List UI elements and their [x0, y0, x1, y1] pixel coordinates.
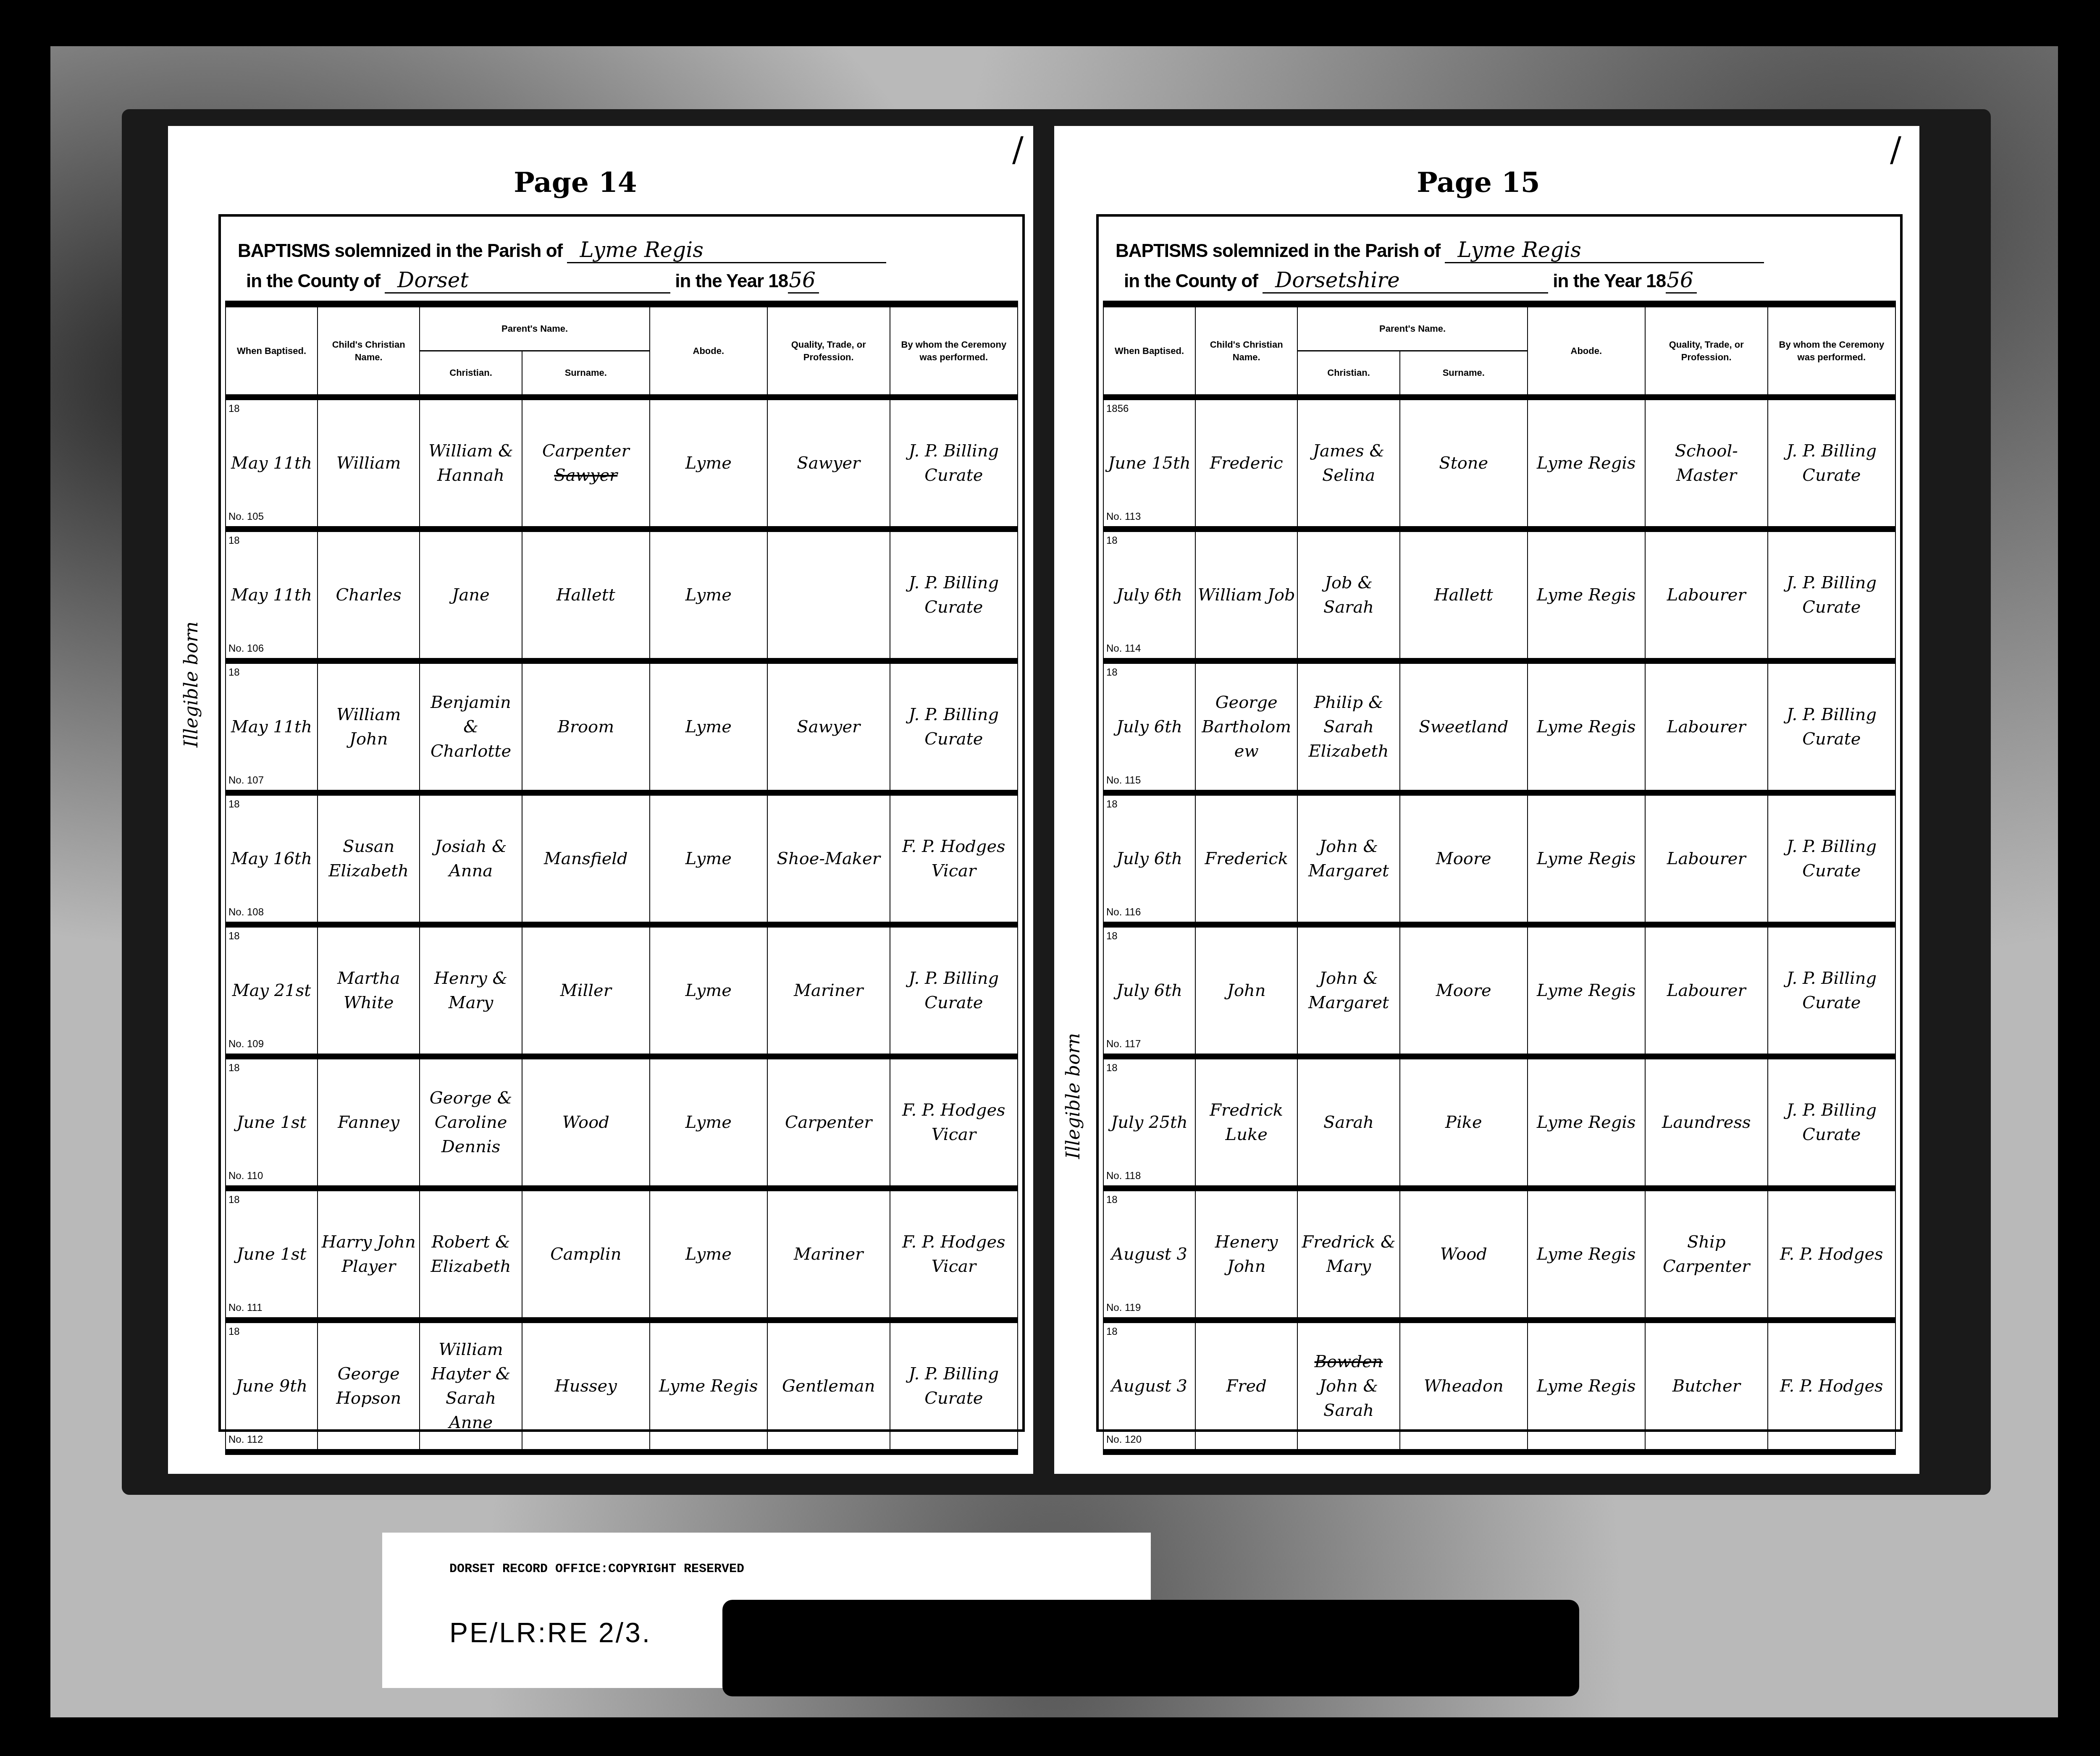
- parents-surname: Moore: [1400, 793, 1528, 925]
- entry-year: 18: [1106, 1061, 1118, 1076]
- parents-christian: William Hayter & Sarah Anne: [420, 1320, 522, 1452]
- entry-number: No. 107: [228, 773, 264, 788]
- entry-year: 18: [1106, 1325, 1118, 1339]
- parents-surname: Pike: [1400, 1056, 1528, 1188]
- trade: Sawyer: [767, 397, 890, 529]
- baptism-date: June 15th: [1108, 453, 1191, 473]
- trade: Laundress: [1645, 1056, 1768, 1188]
- baptism-date: June 1st: [237, 1245, 307, 1264]
- abode: Lyme Regis: [1528, 925, 1645, 1056]
- header-when-baptised: When Baptised.: [226, 304, 318, 397]
- baptism-date: May 11th: [231, 585, 312, 605]
- header-when-baptised: When Baptised.: [1103, 304, 1195, 397]
- trade: Labourer: [1645, 793, 1768, 925]
- parents-surname: Broom: [522, 661, 650, 793]
- trade: Labourer: [1645, 529, 1768, 661]
- parents-surname: Carpenter: [524, 439, 648, 463]
- parents-surname: Wood: [522, 1056, 650, 1188]
- parents-christian: Henry & Mary: [420, 925, 522, 1056]
- trade: Shoe-Maker: [767, 793, 890, 925]
- parish-name: Lyme Regis: [567, 238, 886, 263]
- table-row: 18May 11thNo. 107 William John Benjamin …: [226, 661, 1018, 793]
- parents-surname: Mansfield: [522, 793, 650, 925]
- entry-number: No. 105: [228, 510, 264, 524]
- abode: Lyme: [650, 529, 767, 661]
- entry-number: No. 120: [1106, 1433, 1142, 1447]
- officiant: J. P. Billing Curate: [1768, 925, 1895, 1056]
- baptism-date: July 25th: [1111, 1113, 1188, 1132]
- header-parents-surname: Surname.: [1400, 351, 1528, 398]
- child-name: William: [318, 397, 420, 529]
- table-row: 18June 1stNo. 111 Harry John Player Robe…: [226, 1188, 1018, 1320]
- parents-christian-cell: BowdenJohn & Sarah: [1297, 1320, 1399, 1452]
- parish-name: Lyme Regis: [1445, 238, 1764, 263]
- entry-number: No. 113: [1106, 510, 1141, 524]
- redaction-bar: [722, 1600, 1579, 1696]
- child-name: Fanney: [318, 1056, 420, 1188]
- trade: Carpenter: [767, 1056, 890, 1188]
- officiant: F. P. Hodges Vicar: [890, 1056, 1018, 1188]
- baptism-date: May 21st: [232, 981, 311, 1000]
- trade: Gentleman: [767, 1320, 890, 1452]
- county-prefix: in the County of: [1124, 271, 1258, 291]
- header-parents-surname: Surname.: [522, 351, 650, 398]
- child-name: Henery John: [1195, 1188, 1297, 1320]
- child-name: Charles: [318, 529, 420, 661]
- trade: Labourer: [1645, 925, 1768, 1056]
- officiant: F. P. Hodges Vicar: [890, 793, 1018, 925]
- child-name: Harry John Player: [318, 1188, 420, 1320]
- parents-christian: Robert & Elizabeth: [420, 1188, 522, 1320]
- abode: Lyme Regis: [1528, 661, 1645, 793]
- parents-surname-cell: CarpenterSawyer: [522, 397, 650, 529]
- entry-number: No. 116: [1106, 905, 1141, 920]
- entry-year: 18: [228, 534, 240, 548]
- officiant: J. P. Billing Curate: [890, 661, 1018, 793]
- table-row: 18May 16thNo. 108 Susan Elizabeth Josiah…: [226, 793, 1018, 925]
- page-heading: Page 15: [1046, 166, 1911, 199]
- entry-year: 18: [228, 1193, 240, 1208]
- parents-christian: Philip & Sarah Elizabeth: [1297, 661, 1399, 793]
- child-name: George Bartholomew: [1195, 661, 1297, 793]
- child-name: Frederic: [1195, 397, 1297, 529]
- table-row: 18July 6thNo. 115 George Bartholomew Phi…: [1103, 661, 1895, 793]
- parents-surname: Wood: [1400, 1188, 1528, 1320]
- child-name: William John: [318, 661, 420, 793]
- entry-year: 18: [228, 929, 240, 944]
- header-trade: Quality, Trade, or Profession.: [767, 304, 890, 397]
- entry-number: No. 117: [1106, 1037, 1141, 1052]
- baptism-date: July 6th: [1116, 717, 1182, 736]
- parents-surname: Camplin: [522, 1188, 650, 1320]
- abode: Lyme Regis: [1528, 1320, 1645, 1452]
- header-by-whom: By whom the Ceremony was performed.: [890, 304, 1018, 397]
- entry-year: 18: [1106, 797, 1118, 812]
- baptism-date: July 6th: [1116, 585, 1182, 605]
- entry-year: 18: [228, 402, 240, 417]
- child-name: Martha White: [318, 925, 420, 1056]
- table-row: 18May 21stNo. 109 Martha White Henry & M…: [226, 925, 1018, 1056]
- child-name: Susan Elizabeth: [318, 793, 420, 925]
- parents-surname: Sweetland: [1400, 661, 1528, 793]
- right-page: Page 15 / Illegible born BAPTISMS solemn…: [1054, 126, 1919, 1474]
- trade: Sawyer: [767, 661, 890, 793]
- trade: [767, 529, 890, 661]
- abode: Lyme Regis: [1528, 793, 1645, 925]
- officiant: J. P. Billing Curate: [1768, 661, 1895, 793]
- entry-number: No. 112: [228, 1433, 263, 1447]
- abode: Lyme: [650, 1056, 767, 1188]
- parents-christian: John & Sarah: [1299, 1374, 1397, 1423]
- parents-surname: Stone: [1400, 397, 1528, 529]
- baptism-date: May 16th: [231, 849, 312, 868]
- page-heading: Page 14: [143, 166, 1008, 199]
- baptism-register: BAPTISMS solemnized in the Parish of Lym…: [1096, 214, 1903, 1432]
- entry-year: 18: [1106, 534, 1118, 548]
- header-child-name: Child's Christian Name.: [1195, 304, 1297, 397]
- entry-number: No. 110: [228, 1169, 263, 1184]
- officiant: F. P. Hodges Vicar: [890, 1188, 1018, 1320]
- margin-note: Illegible born: [1063, 1033, 1084, 1159]
- officiant: J. P. Billing Curate: [1768, 1056, 1895, 1188]
- baptism-date: August 3: [1111, 1376, 1187, 1396]
- baptism-date: July 6th: [1116, 981, 1182, 1000]
- table-row: 18July 25thNo. 118 Fredrick Luke Sarah P…: [1103, 1056, 1895, 1188]
- officiant: J. P. Billing Curate: [890, 397, 1018, 529]
- abode: Lyme Regis: [1528, 397, 1645, 529]
- parents-christian: George & Caroline Dennis: [420, 1056, 522, 1188]
- header-trade: Quality, Trade, or Profession.: [1645, 304, 1768, 397]
- entry-year: 18: [228, 666, 240, 680]
- county-name: Dorset: [385, 268, 670, 294]
- trade: Butcher: [1645, 1320, 1768, 1452]
- baptism-date: July 6th: [1116, 849, 1182, 868]
- table-row: 18August 3No. 119 Henery John Fredrick &…: [1103, 1188, 1895, 1320]
- child-name: Fredrick Luke: [1195, 1056, 1297, 1188]
- parents-surname: Hussey: [522, 1320, 650, 1452]
- header-by-whom: By whom the Ceremony was performed.: [1768, 304, 1895, 397]
- table-row: 18June 1stNo. 110 Fanney George & Caroli…: [226, 1056, 1018, 1188]
- table-row: 18August 3No. 120 Fred BowdenJohn & Sara…: [1103, 1320, 1895, 1452]
- parents-surname: Wheadon: [1400, 1320, 1528, 1452]
- baptism-date: August 3: [1111, 1245, 1187, 1264]
- parents-christian: Benjamin & Charlotte: [420, 661, 522, 793]
- entry-number: No. 109: [228, 1037, 264, 1052]
- abode: Lyme Regis: [1528, 1188, 1645, 1320]
- year-suffix: 56: [1666, 268, 1697, 294]
- entry-number: No. 119: [1106, 1301, 1141, 1316]
- abode: Lyme: [650, 1188, 767, 1320]
- copyright-notice: DORSET RECORD OFFICE:COPYRIGHT RESERVED: [449, 1562, 744, 1576]
- header-parents-christian: Christian.: [420, 351, 522, 398]
- child-name: William Job: [1195, 529, 1297, 661]
- parents-christian: William & Hannah: [420, 397, 522, 529]
- entry-number: No. 118: [1106, 1169, 1141, 1184]
- officiant: F. P. Hodges: [1768, 1188, 1895, 1320]
- parents-surname: Hallett: [522, 529, 650, 661]
- parents-christian: John & Margaret: [1297, 793, 1399, 925]
- header-child-name: Child's Christian Name.: [318, 304, 420, 397]
- officiant: F. P. Hodges: [1768, 1320, 1895, 1452]
- header-abode: Abode.: [650, 304, 767, 397]
- entry-number: No. 106: [228, 642, 264, 656]
- county-prefix: in the County of: [246, 271, 380, 291]
- parents-christian: Jane: [420, 529, 522, 661]
- table-row: 18June 9thNo. 112 George Hopson William …: [226, 1320, 1018, 1452]
- abode: Lyme: [650, 793, 767, 925]
- parents-surname: Hallett: [1400, 529, 1528, 661]
- child-name: Frederick: [1195, 793, 1297, 925]
- entry-year: 18: [228, 797, 240, 812]
- entry-number: No. 115: [1106, 773, 1141, 788]
- trade: School-Master: [1645, 397, 1768, 529]
- struck-surname: Sawyer: [524, 463, 648, 487]
- trade: Labourer: [1645, 661, 1768, 793]
- parents-christian: James & Selina: [1297, 397, 1399, 529]
- baptism-date: June 1st: [237, 1113, 307, 1132]
- parents-christian: John & Margaret: [1297, 925, 1399, 1056]
- table-row: 18July 6thNo. 116 Frederick John & Marga…: [1103, 793, 1895, 925]
- archive-reference: PE/LR:RE 2/3.: [449, 1617, 651, 1649]
- register-title: BAPTISMS solemnized in the Parish of Lym…: [238, 233, 1014, 301]
- header-abode: Abode.: [1528, 304, 1645, 397]
- parents-surname: Miller: [522, 925, 650, 1056]
- entry-number: No. 111: [228, 1301, 262, 1316]
- title-prefix: BAPTISMS solemnized in the Parish of: [1116, 241, 1440, 261]
- baptism-register: BAPTISMS solemnized in the Parish of Lym…: [218, 214, 1025, 1432]
- register-table: When Baptised. Child's Christian Name. P…: [1103, 301, 1896, 1455]
- officiant: J. P. Billing Curate: [890, 925, 1018, 1056]
- table-row: 18July 6thNo. 114 William Job Job & Sara…: [1103, 529, 1895, 661]
- officiant: J. P. Billing Curate: [890, 529, 1018, 661]
- abode: Lyme Regis: [1528, 1056, 1645, 1188]
- header-parents-name: Parent's Name.: [1297, 304, 1528, 351]
- register-title: BAPTISMS solemnized in the Parish of Lym…: [1116, 233, 1892, 301]
- margin-note: Illegible born: [181, 621, 202, 747]
- parents-surname: Moore: [1400, 925, 1528, 1056]
- baptism-date: May 11th: [231, 453, 312, 473]
- struck-name: Bowden: [1299, 1350, 1397, 1374]
- abode: Lyme Regis: [650, 1320, 767, 1452]
- year-prefix: in the Year 18: [675, 271, 788, 291]
- header-parents-christian: Christian.: [1297, 351, 1399, 398]
- abode: Lyme Regis: [1528, 529, 1645, 661]
- table-row: 18May 11thNo. 106 Charles Jane Hallett L…: [226, 529, 1018, 661]
- register-table: When Baptised. Child's Christian Name. P…: [225, 301, 1018, 1455]
- parents-christian: Sarah: [1297, 1056, 1399, 1188]
- entry-year: 18: [1106, 666, 1118, 680]
- table-row: 18May 11thNo. 105 William William & Hann…: [226, 397, 1018, 529]
- abode: Lyme: [650, 925, 767, 1056]
- corner-mark: /: [1890, 130, 1901, 169]
- baptism-date: May 11th: [231, 717, 312, 736]
- officiant: J. P. Billing Curate: [1768, 397, 1895, 529]
- table-row: 1856June 15thNo. 113 Frederic James & Se…: [1103, 397, 1895, 529]
- entry-number: No. 114: [1106, 642, 1141, 656]
- parents-christian: Job & Sarah: [1297, 529, 1399, 661]
- title-prefix: BAPTISMS solemnized in the Parish of: [238, 241, 562, 261]
- entry-number: No. 108: [228, 905, 264, 920]
- entry-year: 18: [228, 1325, 240, 1339]
- table-row: 18July 6thNo. 117 John John & Margaret M…: [1103, 925, 1895, 1056]
- baptism-date: June 9th: [236, 1376, 307, 1396]
- child-name: Fred: [1195, 1320, 1297, 1452]
- entry-year: 1856: [1106, 402, 1129, 417]
- year-suffix: 56: [788, 268, 819, 294]
- corner-mark: /: [1012, 130, 1024, 169]
- year-prefix: in the Year 18: [1553, 271, 1666, 291]
- left-page: Page 14 / Illegible born BAPTISMS solemn…: [168, 126, 1033, 1474]
- officiant: J. P. Billing Curate: [890, 1320, 1018, 1452]
- officiant: J. P. Billing Curate: [1768, 529, 1895, 661]
- parents-christian: Fredrick & Mary: [1297, 1188, 1399, 1320]
- county-name: Dorsetshire: [1263, 268, 1548, 294]
- officiant: J. P. Billing Curate: [1768, 793, 1895, 925]
- trade: Mariner: [767, 1188, 890, 1320]
- parents-christian: Josiah & Anna: [420, 793, 522, 925]
- trade: Ship Carpenter: [1645, 1188, 1768, 1320]
- abode: Lyme: [650, 661, 767, 793]
- child-name: George Hopson: [318, 1320, 420, 1452]
- header-parents-name: Parent's Name.: [420, 304, 650, 351]
- child-name: John: [1195, 925, 1297, 1056]
- trade: Mariner: [767, 925, 890, 1056]
- abode: Lyme: [650, 397, 767, 529]
- entry-year: 18: [228, 1061, 240, 1076]
- entry-year: 18: [1106, 1193, 1118, 1208]
- entry-year: 18: [1106, 929, 1118, 944]
